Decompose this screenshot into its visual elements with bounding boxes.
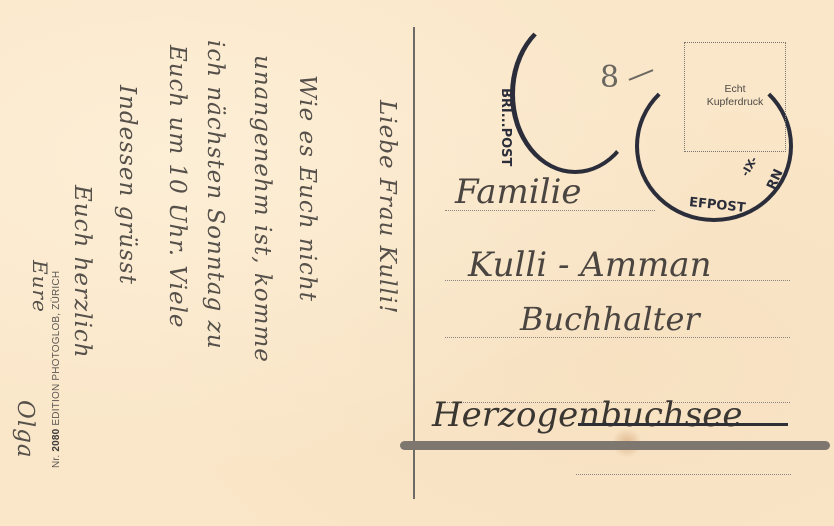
postmark-left-text: BRI...POST	[498, 88, 513, 166]
signature-line-2: Olga	[12, 400, 38, 459]
center-divider	[413, 27, 415, 499]
pencil-mark: 8	[600, 60, 619, 95]
stamp-box-line-2: Kupferdruck	[685, 96, 785, 109]
address-line-5-rule	[576, 474, 791, 475]
message-salutation: Liebe Frau Kulli!	[374, 100, 400, 314]
postmark-right-text: EFPOST	[688, 195, 746, 216]
message-line-1: Wie es Euch nicht	[294, 75, 320, 302]
stamp-box-label: Echt Kupferdruck	[685, 83, 785, 109]
address-line-3: Buchhalter	[520, 300, 700, 338]
publisher-text: EDITION PHOTOGLOB, ZÜRICH	[51, 271, 62, 426]
message-line-2: unangenehm ist, komme	[249, 55, 275, 363]
address-line-4: Herzogenbuchsee	[432, 395, 742, 435]
underline-mark	[578, 423, 788, 426]
message-line-4: Euch um 10 Uhr. Viele	[164, 45, 190, 329]
postmark-right-place: RN	[764, 167, 786, 192]
signature-line-1: Eure	[28, 260, 52, 313]
publisher-number: 2080	[51, 429, 62, 452]
address-line-1: Familie	[455, 172, 582, 212]
postmark-left: BRI...POST	[510, 14, 640, 174]
stamp-box: Echt Kupferdruck	[684, 42, 786, 152]
postcard-back: Nr. 2080 EDITION PHOTOGLOB, ZÜRICH Liebe…	[0, 0, 834, 526]
address-line-2: Kulli - Amman	[468, 245, 711, 285]
publisher-imprint: Nr. 2080 EDITION PHOTOGLOB, ZÜRICH	[51, 271, 62, 468]
message-line-5: Indessen grüsst	[114, 85, 140, 285]
publisher-prefix: Nr.	[51, 455, 62, 468]
stamp-box-line-1: Echt	[685, 83, 785, 96]
message-closing: Euch herzlich	[69, 185, 95, 359]
postmark-right-date: -IX-	[739, 154, 761, 179]
strike-through-line	[400, 441, 830, 450]
message-line-3: ich nächsten Sonntag zu	[202, 40, 228, 350]
